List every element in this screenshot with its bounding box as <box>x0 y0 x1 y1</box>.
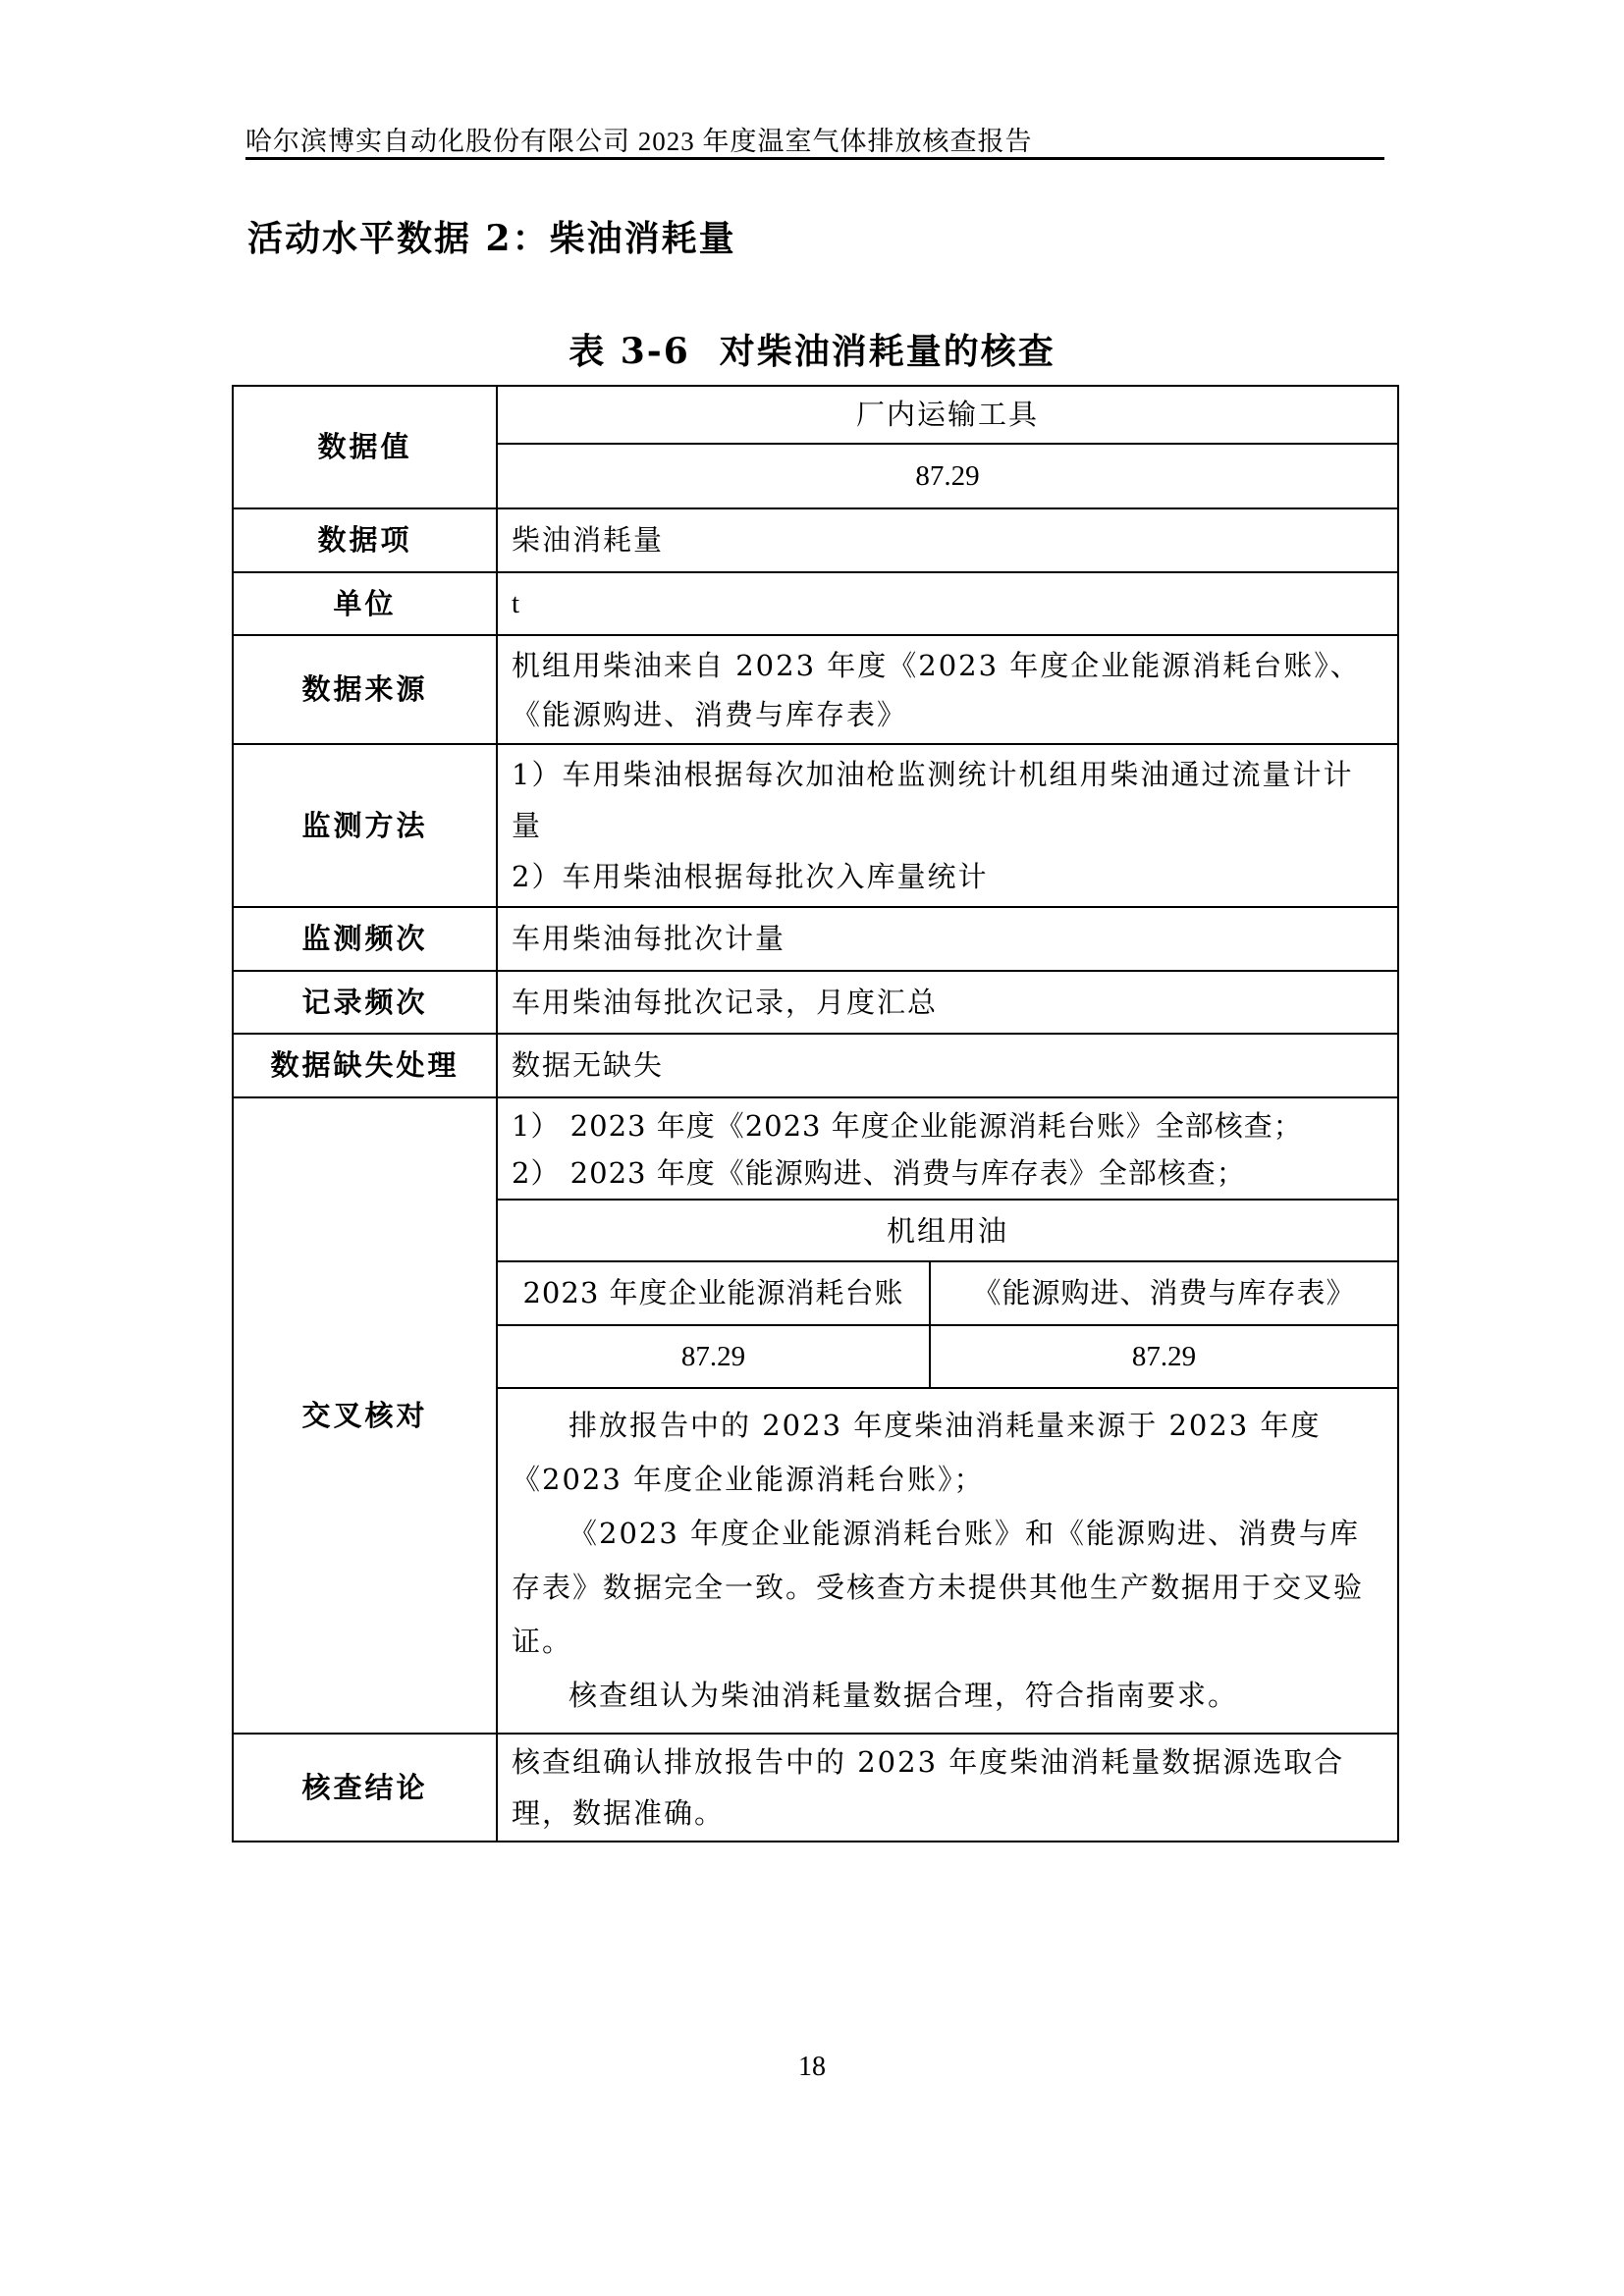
cross-check-narrative: 排放报告中的 2023 年度柴油消耗量来源于 2023 年度《2023 年度企业… <box>498 1389 1397 1733</box>
data-value: 87.29 <box>497 444 1398 508</box>
recording-frequency-value: 车用柴油每批次记录，月度汇总 <box>497 971 1398 1034</box>
monitoring-method-value: 1）车用柴油根据每次加油枪监测统计机组用柴油通过流量计计量 2）车用柴油根据每批… <box>497 744 1398 907</box>
cross-check-cell: 1） 2023 年度《2023 年度企业能源消耗台账》全部核查； 2） 2023… <box>497 1097 1398 1734</box>
diesel-verification-table: 数据值 厂内运输工具 87.29 数据项 柴油消耗量 单位 t 数据来源 机组用… <box>232 385 1399 1842</box>
section-heading: 活动水平数据 2：柴油消耗量 <box>247 211 736 261</box>
monitoring-frequency-value: 车用柴油每批次计量 <box>497 907 1398 971</box>
sub-table-col-1: 2023 年度企业能源消耗台账 <box>498 1262 931 1324</box>
sub-table-value-1: 87.29 <box>498 1326 931 1387</box>
label-data-value: 数据值 <box>233 386 497 508</box>
data-source-value: 机组用柴油来自 2023 年度《2023 年度企业能源消耗台账》、《能源购进、消… <box>497 635 1398 744</box>
sub-table-title: 机组用油 <box>498 1201 1397 1262</box>
data-value-subheader: 厂内运输工具 <box>497 386 1398 444</box>
label-monitoring-frequency: 监测频次 <box>233 907 497 971</box>
sub-table-col-2: 《能源购进、消费与库存表》 <box>931 1262 1397 1324</box>
check-item-2: 2） 2023 年度《能源购进、消费与库存表》全部核查； <box>512 1149 1383 1197</box>
label-conclusion: 核查结论 <box>233 1734 497 1842</box>
narrative-paragraph-2: 《2023 年度企业能源消耗台账》和《能源购进、消费与库存表》数据完全一致。受核… <box>512 1507 1383 1669</box>
missing-data-value: 数据无缺失 <box>497 1034 1398 1097</box>
cross-check-list: 1） 2023 年度《2023 年度企业能源消耗台账》全部核查； 2） 2023… <box>498 1098 1397 1201</box>
sub-table-value-row: 87.29 87.29 <box>498 1326 1397 1389</box>
label-missing-data: 数据缺失处理 <box>233 1034 497 1097</box>
method-line-2: 2）车用柴油根据每批次入库量统计 <box>512 851 1383 902</box>
conclusion-value: 核查组确认排放报告中的 2023 年度柴油消耗量数据源选取合理，数据准确。 <box>497 1734 1398 1842</box>
header-rule <box>245 157 1384 160</box>
page-number: 18 <box>0 2052 1624 2083</box>
unit-value: t <box>497 572 1398 635</box>
label-cross-check: 交叉核对 <box>233 1097 497 1734</box>
table-caption: 表 3-6对柴油消耗量的核查 <box>0 324 1624 374</box>
table-title: 对柴油消耗量的核查 <box>720 331 1056 372</box>
label-data-source: 数据来源 <box>233 635 497 744</box>
label-recording-frequency: 记录频次 <box>233 971 497 1034</box>
check-item-1: 1） 2023 年度《2023 年度企业能源消耗台账》全部核查； <box>512 1102 1383 1149</box>
label-unit: 单位 <box>233 572 497 635</box>
narrative-paragraph-1: 排放报告中的 2023 年度柴油消耗量来源于 2023 年度《2023 年度企业… <box>512 1399 1383 1507</box>
data-item-value: 柴油消耗量 <box>497 508 1398 572</box>
sub-table-header-row: 2023 年度企业能源消耗台账 《能源购进、消费与库存表》 <box>498 1262 1397 1326</box>
method-line-1: 1）车用柴油根据每次加油枪监测统计机组用柴油通过流量计计量 <box>512 749 1383 851</box>
label-data-item: 数据项 <box>233 508 497 572</box>
label-monitoring-method: 监测方法 <box>233 744 497 907</box>
narrative-paragraph-3: 核查组认为柴油消耗量数据合理，符合指南要求。 <box>512 1669 1383 1723</box>
sub-table-value-2: 87.29 <box>931 1326 1397 1387</box>
running-header: 哈尔滨博实自动化股份有限公司 2023 年度温室气体排放核查报告 <box>245 120 1033 158</box>
table-number: 表 3-6 <box>568 331 690 372</box>
